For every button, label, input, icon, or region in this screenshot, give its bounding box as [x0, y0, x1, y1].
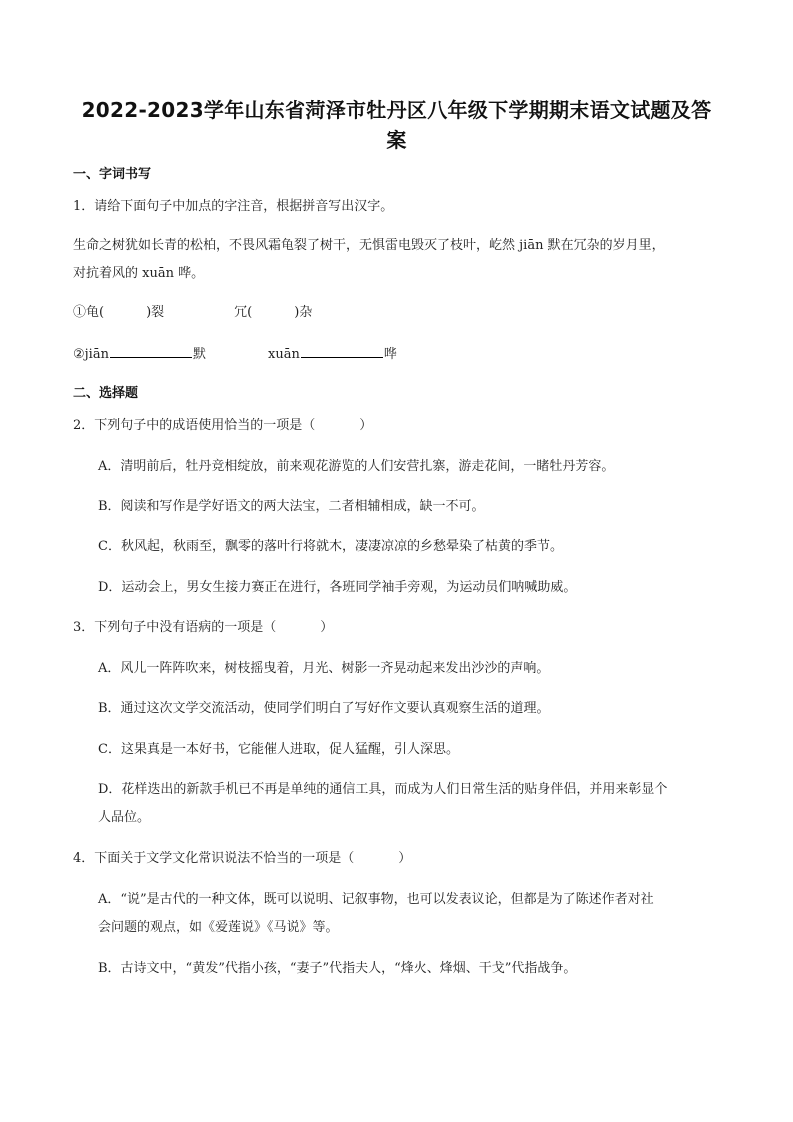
- question-2-stem-text: 2．下列句子中的成语使用恰当的一项是（: [73, 418, 315, 433]
- question-2-option-a: A．清明前后，牡丹竞相绽放，前来观花游览的人们安营扎寨，游走花间，一睹牡丹芳容。: [98, 457, 614, 477]
- question-1-passage-line-1: 生命之树犹如长青的松柏，不畏风霜龟裂了树干，无惧雷电毁灭了枝叶，屹然 jiān …: [73, 236, 665, 256]
- question-2-stem-close: ）: [359, 418, 372, 433]
- question-4-stem-text: 4．下面关于文学文化常识说法不恰当的一项是（: [73, 851, 354, 866]
- question-3-stem-close: ）: [320, 620, 333, 635]
- question-4-option-a-line-1: A．“说”是古代的一种文体，既可以说明、记叙事物，也可以发表议论，但都是为了陈述…: [98, 890, 654, 910]
- section-heading-word-writing: 一、字词书写: [73, 165, 151, 185]
- exam-page: 2022-2023学年山东省菏泽市牡丹区八年级下学期期末语文试题及答 案 一、字…: [0, 0, 793, 1122]
- question-3-option-d-line-1: D．花样迭出的新款手机已不再是单纯的通信工具，而成为人们日常生活的贴身伴侣，并用…: [98, 780, 667, 800]
- section-heading-multiple-choice: 二、选择题: [73, 384, 138, 404]
- item-2-a-suffix: 默: [193, 347, 206, 362]
- question-4-stem-close: ）: [398, 851, 411, 866]
- question-3-stem-text: 3．下列句子中没有语病的一项是（: [73, 620, 276, 635]
- question-4-option-a-line-2: 会问题的观点，如《爱莲说》《马说》等。: [98, 918, 339, 938]
- question-3-option-c: C．这果真是一本好书，它能催人进取，促人猛醒，引人深思。: [98, 740, 459, 760]
- question-2-stem: 2．下列句子中的成语使用恰当的一项是（）: [73, 416, 372, 436]
- question-3-option-d-line-2: 人品位。: [98, 808, 150, 828]
- item-2-b-prefix: xuān: [268, 347, 300, 362]
- hanzi-answer-blank-1[interactable]: [110, 343, 192, 358]
- title-line-2: 案: [70, 125, 723, 155]
- document-title: 2022-2023学年山东省菏泽市牡丹区八年级下学期期末语文试题及答 案: [70, 95, 723, 155]
- question-2-option-b: B．阅读和写作是学好语文的两大法宝，二者相辅相成，缺一不可。: [98, 497, 485, 517]
- item-1-a-suffix: )裂: [146, 305, 164, 320]
- question-3-option-b: B．通过这次文学交流活动，使同学们明白了写好作文要认真观察生活的道理。: [98, 699, 550, 719]
- question-1-passage-line-2: 对抗着风的 xuān 哗。: [73, 264, 204, 284]
- item-1-b-prefix: 冗(: [234, 305, 252, 320]
- title-line-1: 2022-2023学年山东省菏泽市牡丹区八年级下学期期末语文试题及答: [70, 95, 723, 125]
- question-1-stem: 1．请给下面句子中加点的字注音，根据拼音写出汉字。: [73, 197, 393, 217]
- question-3-stem: 3．下列句子中没有语病的一项是（）: [73, 618, 333, 638]
- question-4-option-b: B．古诗文中，“黄发”代指小孩，“妻子”代指夫人，“烽火、烽烟、干戈”代指战争。: [98, 959, 576, 979]
- question-1-item-2: ②jiān默xuān哗: [73, 343, 397, 365]
- item-1-b-suffix: )杂: [294, 305, 312, 320]
- item-2-b-suffix: 哗: [384, 347, 397, 362]
- question-2-option-c: C．秋风起，秋雨至，飘零的落叶行将就木，凄凄凉凉的乡愁晕染了枯黄的季节。: [98, 537, 563, 557]
- question-1-item-1: ①龟()裂冗()杂: [73, 303, 312, 323]
- question-3-option-a: A．风儿一阵阵吹来，树枝摇曳着，月光、树影一齐晃动起来发出沙沙的声响。: [98, 659, 549, 679]
- item-1-a-prefix: ①龟(: [73, 305, 104, 320]
- question-4-stem: 4．下面关于文学文化常识说法不恰当的一项是（）: [73, 849, 411, 869]
- hanzi-answer-blank-2[interactable]: [301, 343, 383, 358]
- question-2-option-d: D．运动会上，男女生接力赛正在进行，各班同学袖手旁观，为运动员们呐喊助威。: [98, 578, 576, 598]
- item-2-a-prefix: ②jiān: [73, 347, 109, 362]
